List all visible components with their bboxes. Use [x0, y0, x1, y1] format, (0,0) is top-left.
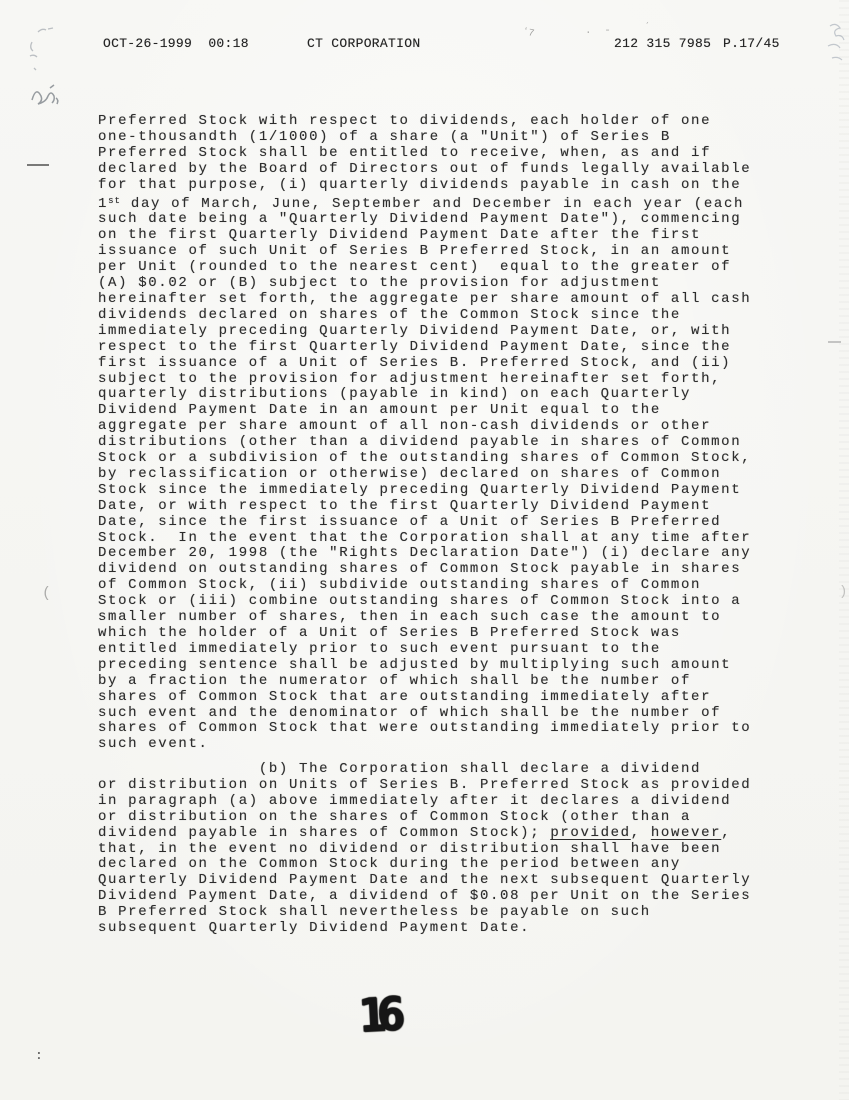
fax-phone-number: 212 315 7985: [614, 36, 711, 51]
fax-sender-name: CT CORPORATION: [307, 36, 420, 51]
fax-page-indicator: P.17/45: [723, 36, 780, 51]
paragraph-b-separator: ,: [631, 825, 651, 841]
fax-header: OCT-26-1999 00:18 CT CORPORATION 212 315…: [0, 0, 849, 60]
underlined-however: however: [651, 825, 721, 841]
margin-paren-artifact-left: (: [42, 585, 51, 602]
pen-scribble-artifact-top-right: [824, 20, 848, 66]
margin-colon-artifact: :: [35, 1048, 43, 1063]
scan-edge-noise: [839, 0, 849, 1100]
margin-paren-artifact-right: ): [839, 584, 847, 600]
margin-dash-artifact-right: [828, 341, 841, 343]
margin-dash-artifact-left: [27, 164, 49, 166]
underlined-provided: provided: [550, 825, 630, 841]
superscript-st: st: [108, 196, 121, 206]
header-tick-artifact: ʻ7: [521, 27, 535, 40]
header-dotdash-artifact: . -: [585, 25, 614, 37]
paragraph-b: (b) The Corporation shall declare a divi…: [98, 762, 751, 937]
paragraph-b-text-continued: , that, in the event no dividend or dist…: [98, 825, 751, 936]
paragraph-a: Preferred Stock with respect to dividend…: [98, 114, 751, 753]
pen-initials-artifact: [26, 82, 62, 110]
pen-scribble-artifact-top-left: [22, 26, 62, 78]
paragraph-a-text-continued: day of March, June, September and Decemb…: [98, 196, 751, 753]
page-number-stamp: 16: [357, 991, 396, 1039]
fax-timestamp: OCT-26-1999 00:18: [103, 36, 249, 51]
fax-document-page: OCT-26-1999 00:18 CT CORPORATION 212 315…: [0, 0, 849, 1100]
